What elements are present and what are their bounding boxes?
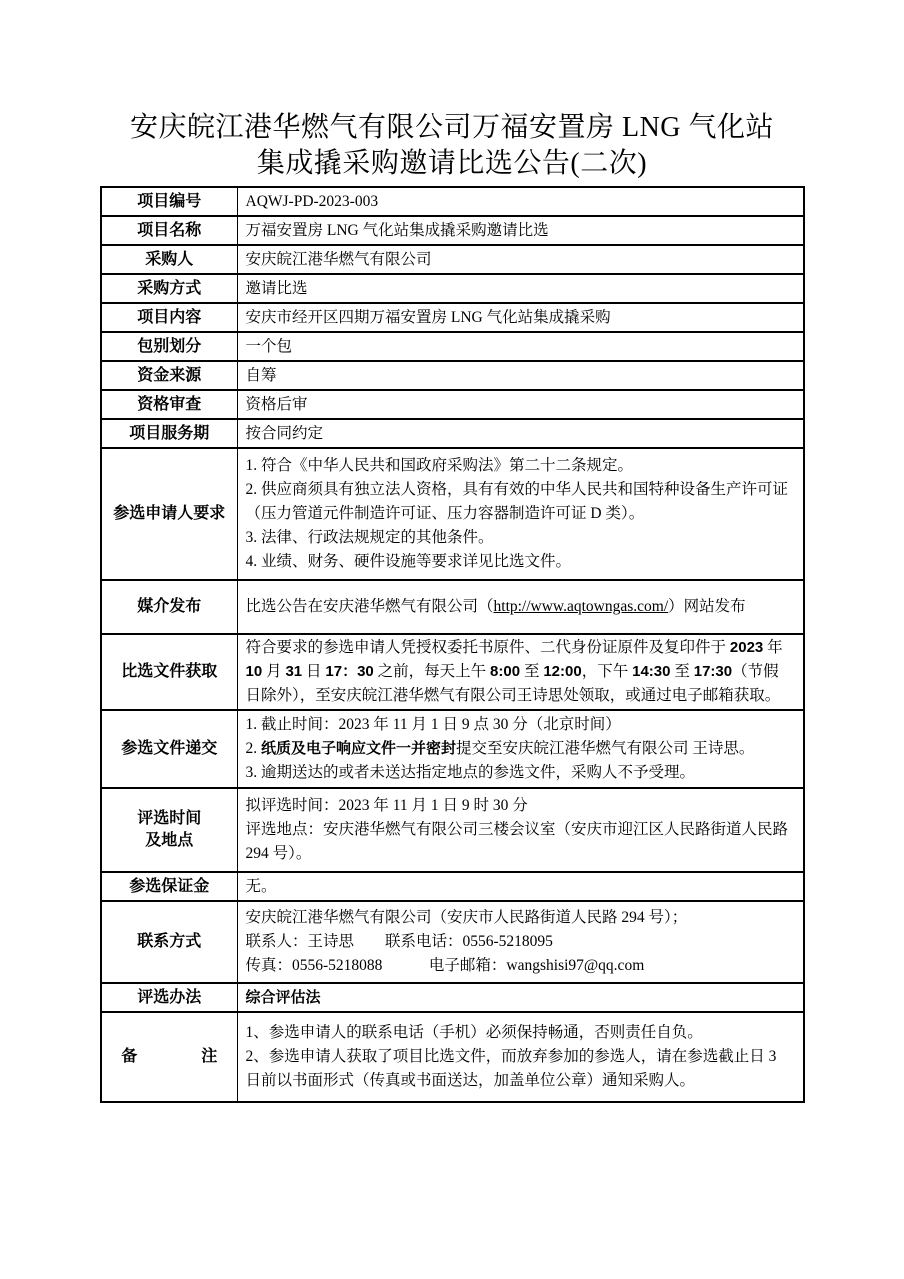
text: 10 bbox=[246, 663, 263, 680]
row-label: 项目名称 bbox=[101, 216, 237, 245]
row-label: 参选保证金 bbox=[101, 872, 237, 901]
text: 万福安置房 LNG 气化站集成撬采购邀请比选 bbox=[246, 222, 549, 239]
row-label: 资金来源 bbox=[101, 361, 237, 390]
row-label: 比选文件获取 bbox=[101, 634, 237, 710]
text: 联系方式 bbox=[137, 933, 201, 950]
row-value: 邀请比选 bbox=[237, 274, 804, 303]
text: 项目名称 bbox=[137, 222, 201, 239]
text: 之前，每天上午 bbox=[374, 663, 490, 680]
table-row: 资金来源 自筹 bbox=[101, 361, 804, 390]
table-row: 项目内容 安庆市经开区四期万福安置房 LNG 气化站集成撬采购 bbox=[101, 303, 804, 332]
text: 3. 法律、行政法规规定的其他条件。 bbox=[246, 529, 494, 546]
row-value: 一个包 bbox=[237, 332, 804, 361]
row-value: 1. 符合《中华人民共和国政府采购法》第二十二条规定。2. 供应商须具有独立法人… bbox=[237, 448, 804, 580]
row-label: 采购方式 bbox=[101, 274, 237, 303]
text: 传真：0556-5218088 电子邮箱：wangshisi97@qq.com bbox=[246, 957, 645, 974]
row-label: 包别划分 bbox=[101, 332, 237, 361]
text: 1、参选申请人的联系电话（手机）必须保持畅通，否则责任自负。 bbox=[246, 1024, 703, 1041]
text: ，下午 bbox=[582, 663, 632, 680]
title-line-1: 安庆皖江港华燃气有限公司万福安置房 LNG 气化站 bbox=[0, 110, 904, 146]
text: 至 bbox=[670, 663, 693, 680]
table-row: 参选保证金 无。 bbox=[101, 872, 804, 901]
row-value: 安庆市经开区四期万福安置房 LNG 气化站集成撬采购 bbox=[237, 303, 804, 332]
text: 安庆市经开区四期万福安置房 LNG 气化站集成撬采购 bbox=[246, 309, 611, 326]
text: 月 bbox=[262, 663, 285, 680]
text: 资金来源 bbox=[137, 367, 201, 384]
text: 日 bbox=[302, 663, 325, 680]
text: 无。 bbox=[246, 878, 277, 895]
table-row: 采购方式 邀请比选 bbox=[101, 274, 804, 303]
text: 日除外），至安庆皖江港华燃气有限公司王诗思处领取，或通过电子邮箱获取。 bbox=[246, 687, 781, 704]
text: 项目编号 bbox=[137, 193, 201, 210]
text: （压力管道元件制造许可证、压力容器制造许可证 D 类）。 bbox=[246, 505, 645, 522]
row-value: 无。 bbox=[237, 872, 804, 901]
text: 至 bbox=[520, 663, 543, 680]
row-value: 符合要求的参选申请人凭授权委托书原件、二代身份证原件及复印件于 2023 年10… bbox=[237, 634, 804, 710]
text: 采购方式 bbox=[137, 280, 201, 297]
text: 12:00 bbox=[543, 663, 581, 680]
title-line-2: 集成撬采购邀请比选公告(二次) bbox=[0, 146, 904, 182]
text: 2. 供应商须具有独立法人资格，具有有效的中华人民共和国特种设备生产许可证 bbox=[246, 481, 789, 498]
row-label: 媒介发布 bbox=[101, 580, 237, 634]
row-value: 资格后审 bbox=[237, 390, 804, 419]
text: 项目内容 bbox=[137, 309, 201, 326]
text: 包别划分 bbox=[137, 338, 201, 355]
table-row: 备 注 1、参选申请人的联系电话（手机）必须保持畅通，否则责任自负。2、参选申请… bbox=[101, 1012, 804, 1102]
row-value: 万福安置房 LNG 气化站集成撬采购邀请比选 bbox=[237, 216, 804, 245]
text: 备 注 bbox=[121, 1048, 217, 1065]
row-label: 采购人 bbox=[101, 245, 237, 274]
row-label: 评选时间及地点 bbox=[101, 788, 237, 872]
text: 比选文件获取 bbox=[121, 663, 217, 680]
row-label: 项目内容 bbox=[101, 303, 237, 332]
text: 31 bbox=[285, 663, 302, 680]
text: 评选地点：安庆港华燃气有限公司三楼会议室（安庆市迎江区人民路街道人民路 bbox=[246, 821, 789, 838]
row-value: 安庆皖江港华燃气有限公司 bbox=[237, 245, 804, 274]
text: 17:30 bbox=[694, 663, 732, 680]
text: 评选时间 bbox=[137, 810, 201, 827]
text: 4. 业绩、财务、硬件设施等要求详见比选文件。 bbox=[246, 553, 572, 570]
text: 2、参选申请人获取了项目比选文件，而放弃参加的参选人，请在参选截止日 3 bbox=[246, 1048, 777, 1065]
text: ）网站发布 bbox=[668, 598, 746, 615]
announcement-table: 项目编号 AQWJ-PD-2023-003 项目名称 万福安置房 LNG 气化站… bbox=[100, 186, 805, 1103]
text: 纸质及电子响应文件一并密封 bbox=[261, 740, 456, 757]
row-value: 自筹 bbox=[237, 361, 804, 390]
text: 14:30 bbox=[632, 663, 670, 680]
text: 按合同约定 bbox=[246, 425, 324, 442]
text: 拟评选时间：2023 年 11 月 1 日 9 时 30 分 bbox=[246, 797, 528, 814]
row-label: 项目服务期 bbox=[101, 419, 237, 448]
text: 提交至安庆皖江港华燃气有限公司 王诗思。 bbox=[456, 740, 754, 757]
table-row: 评选时间及地点 拟评选时间：2023 年 11 月 1 日 9 时 30 分评选… bbox=[101, 788, 804, 872]
row-label: 备 注 bbox=[101, 1012, 237, 1102]
text: 参选文件递交 bbox=[121, 740, 217, 757]
table-row: 比选文件获取 符合要求的参选申请人凭授权委托书原件、二代身份证原件及复印件于 2… bbox=[101, 634, 804, 710]
text: 年 bbox=[763, 639, 782, 656]
table-row: 项目名称 万福安置房 LNG 气化站集成撬采购邀请比选 bbox=[101, 216, 804, 245]
table-row: 项目编号 AQWJ-PD-2023-003 bbox=[101, 187, 804, 216]
text: 参选申请人要求 bbox=[113, 505, 225, 522]
text: 联系人：王诗思 联系电话：0556-5218095 bbox=[246, 933, 553, 950]
document-title: 安庆皖江港华燃气有限公司万福安置房 LNG 气化站 集成撬采购邀请比选公告(二次… bbox=[0, 0, 904, 182]
text: 项目服务期 bbox=[129, 425, 209, 442]
table-row: 联系方式 安庆皖江港华燃气有限公司（安庆市人民路街道人民路 294 号）；联系人… bbox=[101, 901, 804, 983]
text: 综合评估法 bbox=[246, 989, 321, 1006]
text: 8:00 bbox=[490, 663, 520, 680]
row-value: 按合同约定 bbox=[237, 419, 804, 448]
text: 2023 bbox=[730, 639, 763, 656]
text: 邀请比选 bbox=[246, 280, 308, 297]
text: 安庆皖江港华燃气有限公司 bbox=[246, 251, 432, 268]
text: 安庆皖江港华燃气有限公司（安庆市人民路街道人民路 294 号）； bbox=[246, 909, 688, 926]
text: 及地点 bbox=[145, 832, 193, 849]
text: 媒介发布 bbox=[137, 598, 201, 615]
text: 一个包 bbox=[246, 338, 293, 355]
text: 符合要求的参选申请人凭授权委托书原件、二代身份证原件及复印件于 bbox=[246, 639, 730, 656]
row-label: 参选文件递交 bbox=[101, 710, 237, 788]
text: 3. 逾期送达的或者未送达指定地点的参选文件，采购人不予受理。 bbox=[246, 764, 696, 781]
row-value: 比选公告在安庆港华燃气有限公司（http://www.aqtowngas.com… bbox=[237, 580, 804, 634]
text: 资格后审 bbox=[246, 396, 308, 413]
text: 采购人 bbox=[145, 251, 193, 268]
row-value: AQWJ-PD-2023-003 bbox=[237, 187, 804, 216]
text: 1. 截止时间：2023 年 11 月 1 日 9 点 30 分（北京时间） bbox=[246, 716, 621, 733]
row-value: 拟评选时间：2023 年 11 月 1 日 9 时 30 分评选地点：安庆港华燃… bbox=[237, 788, 804, 872]
table-row: 媒介发布 比选公告在安庆港华燃气有限公司（http://www.aqtownga… bbox=[101, 580, 804, 634]
text: 294 号）。 bbox=[246, 845, 312, 862]
text: 比选公告在安庆港华燃气有限公司（ bbox=[246, 598, 494, 615]
text: 资格审查 bbox=[137, 396, 201, 413]
table-row: 包别划分 一个包 bbox=[101, 332, 804, 361]
text: 自筹 bbox=[246, 367, 277, 384]
table-row: 评选办法 综合评估法 bbox=[101, 983, 804, 1012]
row-value: 安庆皖江港华燃气有限公司（安庆市人民路街道人民路 294 号）；联系人：王诗思 … bbox=[237, 901, 804, 983]
text: 参选保证金 bbox=[129, 878, 209, 895]
page: 安庆皖江港华燃气有限公司万福安置房 LNG 气化站 集成撬采购邀请比选公告(二次… bbox=[0, 0, 904, 1279]
table-row: 采购人 安庆皖江港华燃气有限公司 bbox=[101, 245, 804, 274]
row-value: 1. 截止时间：2023 年 11 月 1 日 9 点 30 分（北京时间）2.… bbox=[237, 710, 804, 788]
table-row: 参选申请人要求 1. 符合《中华人民共和国政府采购法》第二十二条规定。2. 供应… bbox=[101, 448, 804, 580]
text: （节假 bbox=[732, 663, 779, 680]
table-row: 项目服务期 按合同约定 bbox=[101, 419, 804, 448]
text: 1. 符合《中华人民共和国政府采购法》第二十二条规定。 bbox=[246, 457, 634, 474]
text: AQWJ-PD-2023-003 bbox=[246, 193, 379, 210]
row-label: 参选申请人要求 bbox=[101, 448, 237, 580]
row-value: 1、参选申请人的联系电话（手机）必须保持畅通，否则责任自负。2、参选申请人获取了… bbox=[237, 1012, 804, 1102]
text: 日前以书面形式（传真或书面送达，加盖单位公章）通知采购人。 bbox=[246, 1072, 696, 1089]
row-label: 资格审查 bbox=[101, 390, 237, 419]
text: 2. bbox=[246, 740, 262, 757]
text: 17：30 bbox=[325, 663, 373, 680]
table-row: 资格审查 资格后审 bbox=[101, 390, 804, 419]
text: 评选办法 bbox=[137, 989, 201, 1006]
row-label: 联系方式 bbox=[101, 901, 237, 983]
table-row: 参选文件递交 1. 截止时间：2023 年 11 月 1 日 9 点 30 分（… bbox=[101, 710, 804, 788]
row-label: 项目编号 bbox=[101, 187, 237, 216]
row-label: 评选办法 bbox=[101, 983, 237, 1012]
website-link[interactable]: http://www.aqtowngas.com/ bbox=[494, 598, 669, 615]
row-value: 综合评估法 bbox=[237, 983, 804, 1012]
